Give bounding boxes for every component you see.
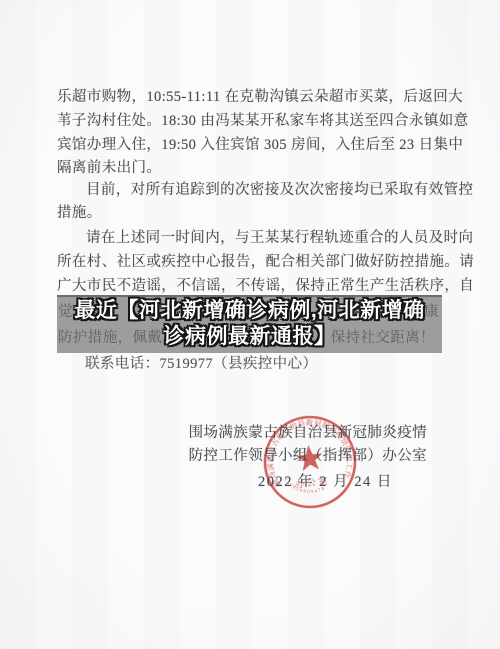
doc-text-line: 所在村、社区或疾控中心报告，配合相关部门做好防控措施。请 (57, 250, 447, 270)
signature-org-line-1: 围场满族蒙古族自治县新冠肺炎疫情 (189, 421, 427, 441)
signature-date: 2022 年 2 月 24 日 (258, 470, 393, 490)
doc-text-line: 广大市民不造谣，不信谣，不传谣，保持正常生产生活秩序，自 (57, 274, 447, 294)
doc-text-line: 请在上述同一时间内，与王某某行程轨迹重合的人员及时向 (57, 226, 476, 246)
contact-phone-line: 联系电话：7519977（县疾控中心） (85, 352, 475, 372)
headline-line-1: 最近【河北新增确诊病例,河北新增确 (74, 299, 424, 322)
doc-text-line: 隔离前未出门。 (57, 156, 447, 176)
doc-text-line: 措施。 (57, 201, 447, 221)
caption-banner: 觉 健康 防护措施，佩戴口 保持社交距离！ 最近【河北新增确诊病例,河北新增确诊… (57, 295, 442, 353)
headline-title: 最近【河北新增确诊病例,河北新增确诊病例最新通报】 (57, 298, 442, 350)
doc-text-line: 目前，对所有追踪到的次密接及次次密接均已采取有效管控 (57, 178, 476, 198)
doc-text-line: 苇子沟村住处。18:30 由冯某某开私家车将其送至四合永镇如意 (57, 109, 447, 129)
doc-text-line: 乐超市购物，10:55-11:11 在克勒沟镇云朵超市买菜，后返回大 (57, 85, 447, 105)
scanned-notice-page: 乐超市购物，10:55-11:11 在克勒沟镇云朵超市买菜，后返回大 苇子沟村住… (0, 0, 500, 649)
headline-line-2: 诊病例最新通报】 (164, 325, 336, 348)
doc-text-line: 宾馆办理入住，19:50 入住宾馆 305 房间，入住后至 23 日集中 (57, 133, 447, 153)
signature-org-line-2: 防控工作领导小组（指挥部）办公室 (189, 444, 427, 464)
